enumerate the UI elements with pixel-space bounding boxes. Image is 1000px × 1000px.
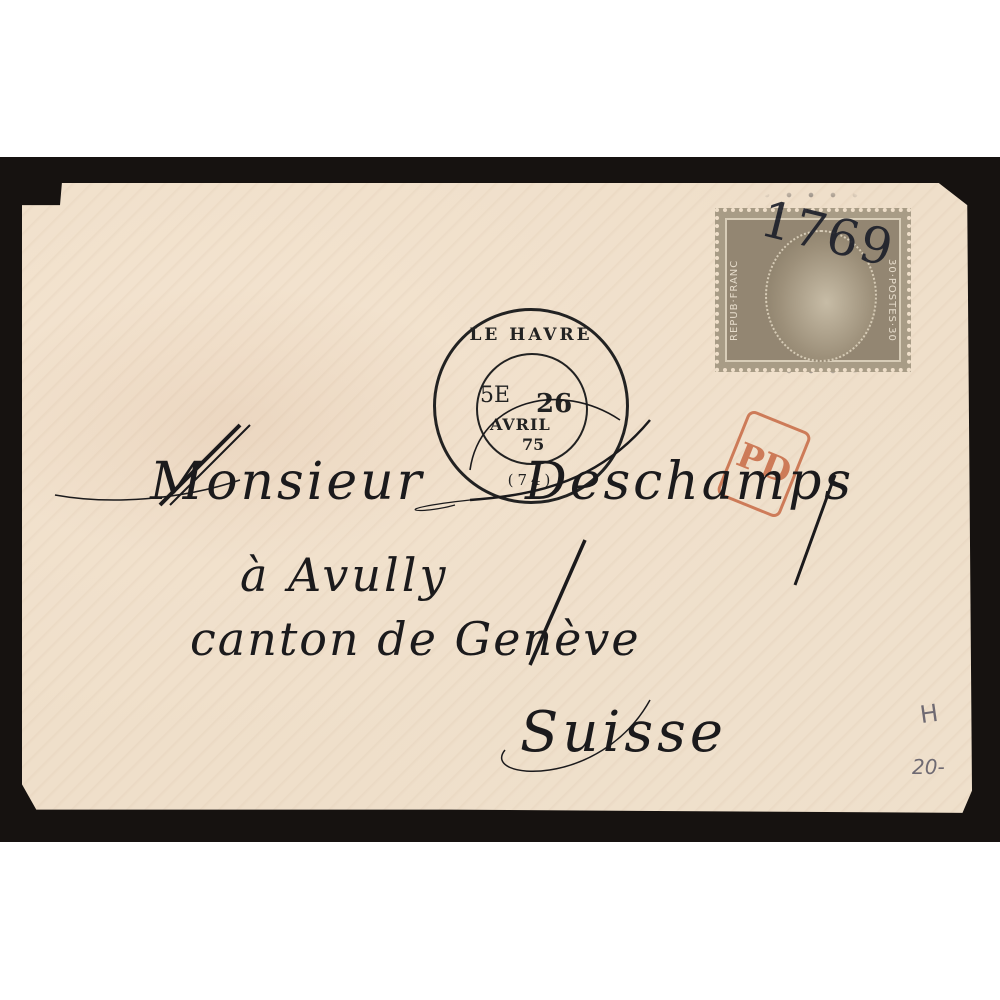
pencil-price: 20-: [912, 755, 945, 779]
address-canton: canton de Genève: [190, 612, 641, 666]
datestamp-town: LE HAVRE: [436, 325, 626, 345]
address-salutation: Monsieur: [150, 452, 424, 512]
datestamp-collection: 5E: [480, 383, 510, 408]
address-town: à Avully: [240, 548, 448, 602]
stamp-left-text: REPUB·FRANC: [729, 240, 740, 360]
pencil-mark: H: [918, 699, 940, 729]
address-country: Suisse: [520, 700, 727, 765]
address-recipient-name: Deschamps: [525, 452, 854, 512]
datestamp-month: AVRIL: [490, 415, 551, 434]
